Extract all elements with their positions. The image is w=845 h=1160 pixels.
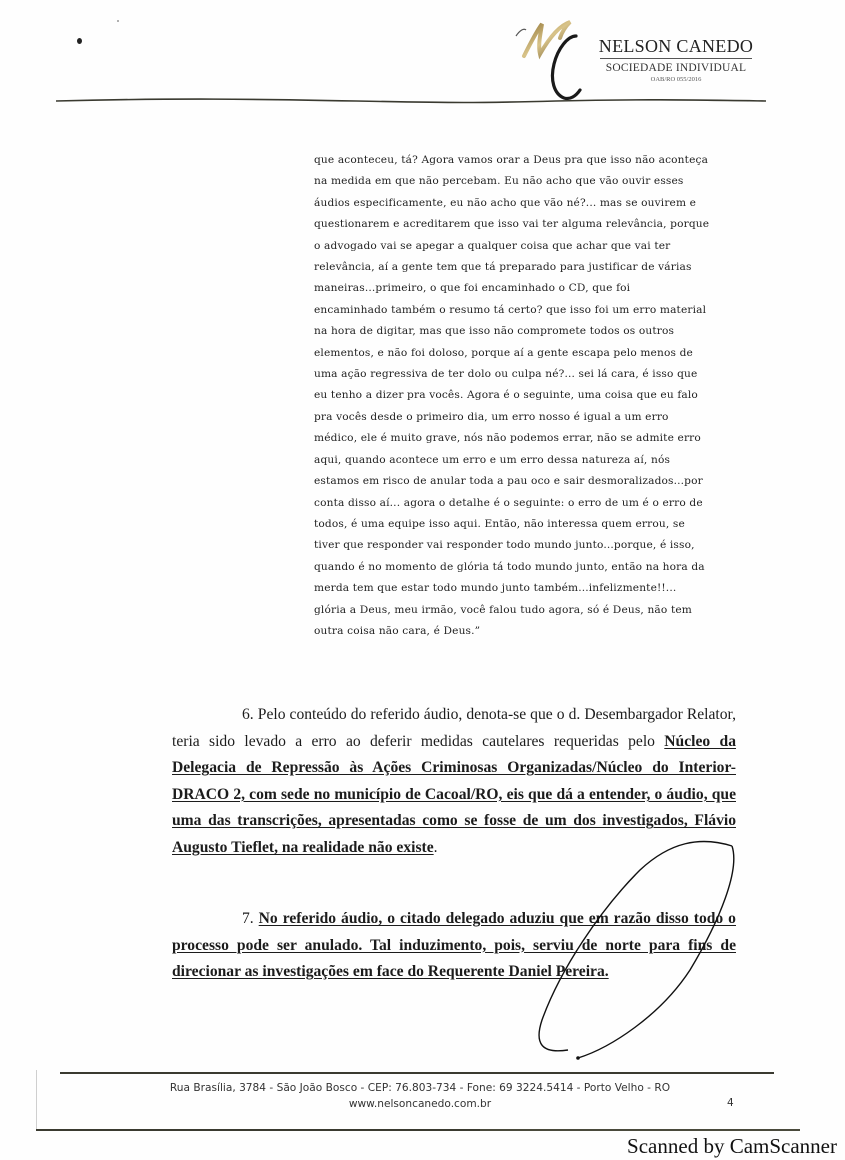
- oab-registration: OAB/RO 055/2016: [596, 75, 756, 85]
- camscanner-watermark: Scanned by CamScanner: [627, 1134, 837, 1159]
- scan-page-edge: [36, 1070, 37, 1130]
- paragraph-emphasis: Núcleo da Delegacia de Repressão às Açõe…: [172, 733, 736, 856]
- scan-bottom-edge: [480, 1129, 800, 1131]
- quote-line: na medida em que não percebam. Eu não ac…: [314, 171, 736, 192]
- paragraph-6: 6. Pelo conteúdo do referido áudio, deno…: [172, 702, 736, 862]
- scan-speck: [117, 20, 119, 22]
- paragraph-end: .: [434, 839, 438, 856]
- scan-speck: [77, 38, 82, 44]
- scan-bottom-edge: [36, 1129, 480, 1131]
- paragraph-number: 7.: [242, 910, 254, 927]
- quote-line: merda tem que estar todo mundo junto tam…: [314, 578, 736, 599]
- quote-line: tiver que responder vai responder todo m…: [314, 535, 736, 556]
- quote-line: médico, ele é muito grave, nós não podem…: [314, 428, 736, 449]
- quote-line: estamos em risco de anular toda a pau oc…: [314, 471, 736, 492]
- quote-line: outra coisa não cara, é Deus.”: [314, 621, 736, 642]
- paragraph-text: Pelo conteúdo do referido áudio, denota-…: [172, 706, 736, 750]
- quote-line: eu tenho a dizer pra vocês. Agora é o se…: [314, 385, 736, 406]
- firm-name: NELSON CANEDO: [596, 36, 756, 56]
- paragraph-7: 7. No referido áudio, o citado delegado …: [172, 906, 736, 986]
- header-divider: [56, 96, 766, 106]
- quote-line: questionarem e acreditarem que isso vai …: [314, 214, 736, 235]
- paragraph-number: 6.: [242, 706, 254, 723]
- quote-line: o advogado vai se apegar a qualquer cois…: [314, 236, 736, 257]
- quoted-transcript: que aconteceu, tá? Agora vamos orar a De…: [314, 150, 736, 642]
- quote-line: relevância, aí a gente tem que tá prepar…: [314, 257, 736, 278]
- quote-line: na hora de digitar, mas que isso não com…: [314, 321, 736, 342]
- quote-line: glória a Deus, meu irmão, você falou tud…: [314, 600, 736, 621]
- quote-line: encaminhado também o resumo tá certo? qu…: [314, 300, 736, 321]
- document-page: NELSON CANEDO SOCIEDADE INDIVIDUAL OAB/R…: [0, 0, 845, 1160]
- page-number: 4: [727, 1097, 734, 1109]
- quote-line: quando é no momento de glória tá todo mu…: [314, 557, 736, 578]
- quote-line: pra vocês desde o primeiro dia, um erro …: [314, 407, 736, 428]
- quote-line: aqui, quando acontece um erro e um erro …: [314, 450, 736, 471]
- firm-brand: NELSON CANEDO SOCIEDADE INDIVIDUAL OAB/R…: [596, 36, 756, 85]
- firm-type: SOCIEDADE INDIVIDUAL: [596, 62, 756, 75]
- quote-line: áudios especificamente, eu não acho que …: [314, 193, 736, 214]
- paragraph-emphasis: No referido áudio, o citado delegado adu…: [172, 910, 736, 980]
- quote-line: uma ação regressiva de ter dolo ou culpa…: [314, 364, 736, 385]
- quote-line: elementos, e não foi doloso, porque aí a…: [314, 343, 736, 364]
- brand-divider: [600, 58, 752, 59]
- firm-address: Rua Brasília, 3784 - São João Bosco - CE…: [150, 1080, 690, 1096]
- quote-line: todos, é uma equipe isso aqui. Então, nã…: [314, 514, 736, 535]
- quote-line: maneiras...primeiro, o que foi encaminha…: [314, 278, 736, 299]
- footer-address-block: Rua Brasília, 3784 - São João Bosco - CE…: [150, 1080, 690, 1112]
- footer-divider: [60, 1072, 774, 1074]
- nc-monogram-logo-icon: [510, 14, 610, 106]
- firm-website: www.nelsoncanedo.com.br: [150, 1096, 690, 1112]
- quote-line: conta disso aí... agora o detalhe é o se…: [314, 493, 736, 514]
- quote-line: que aconteceu, tá? Agora vamos orar a De…: [314, 150, 736, 171]
